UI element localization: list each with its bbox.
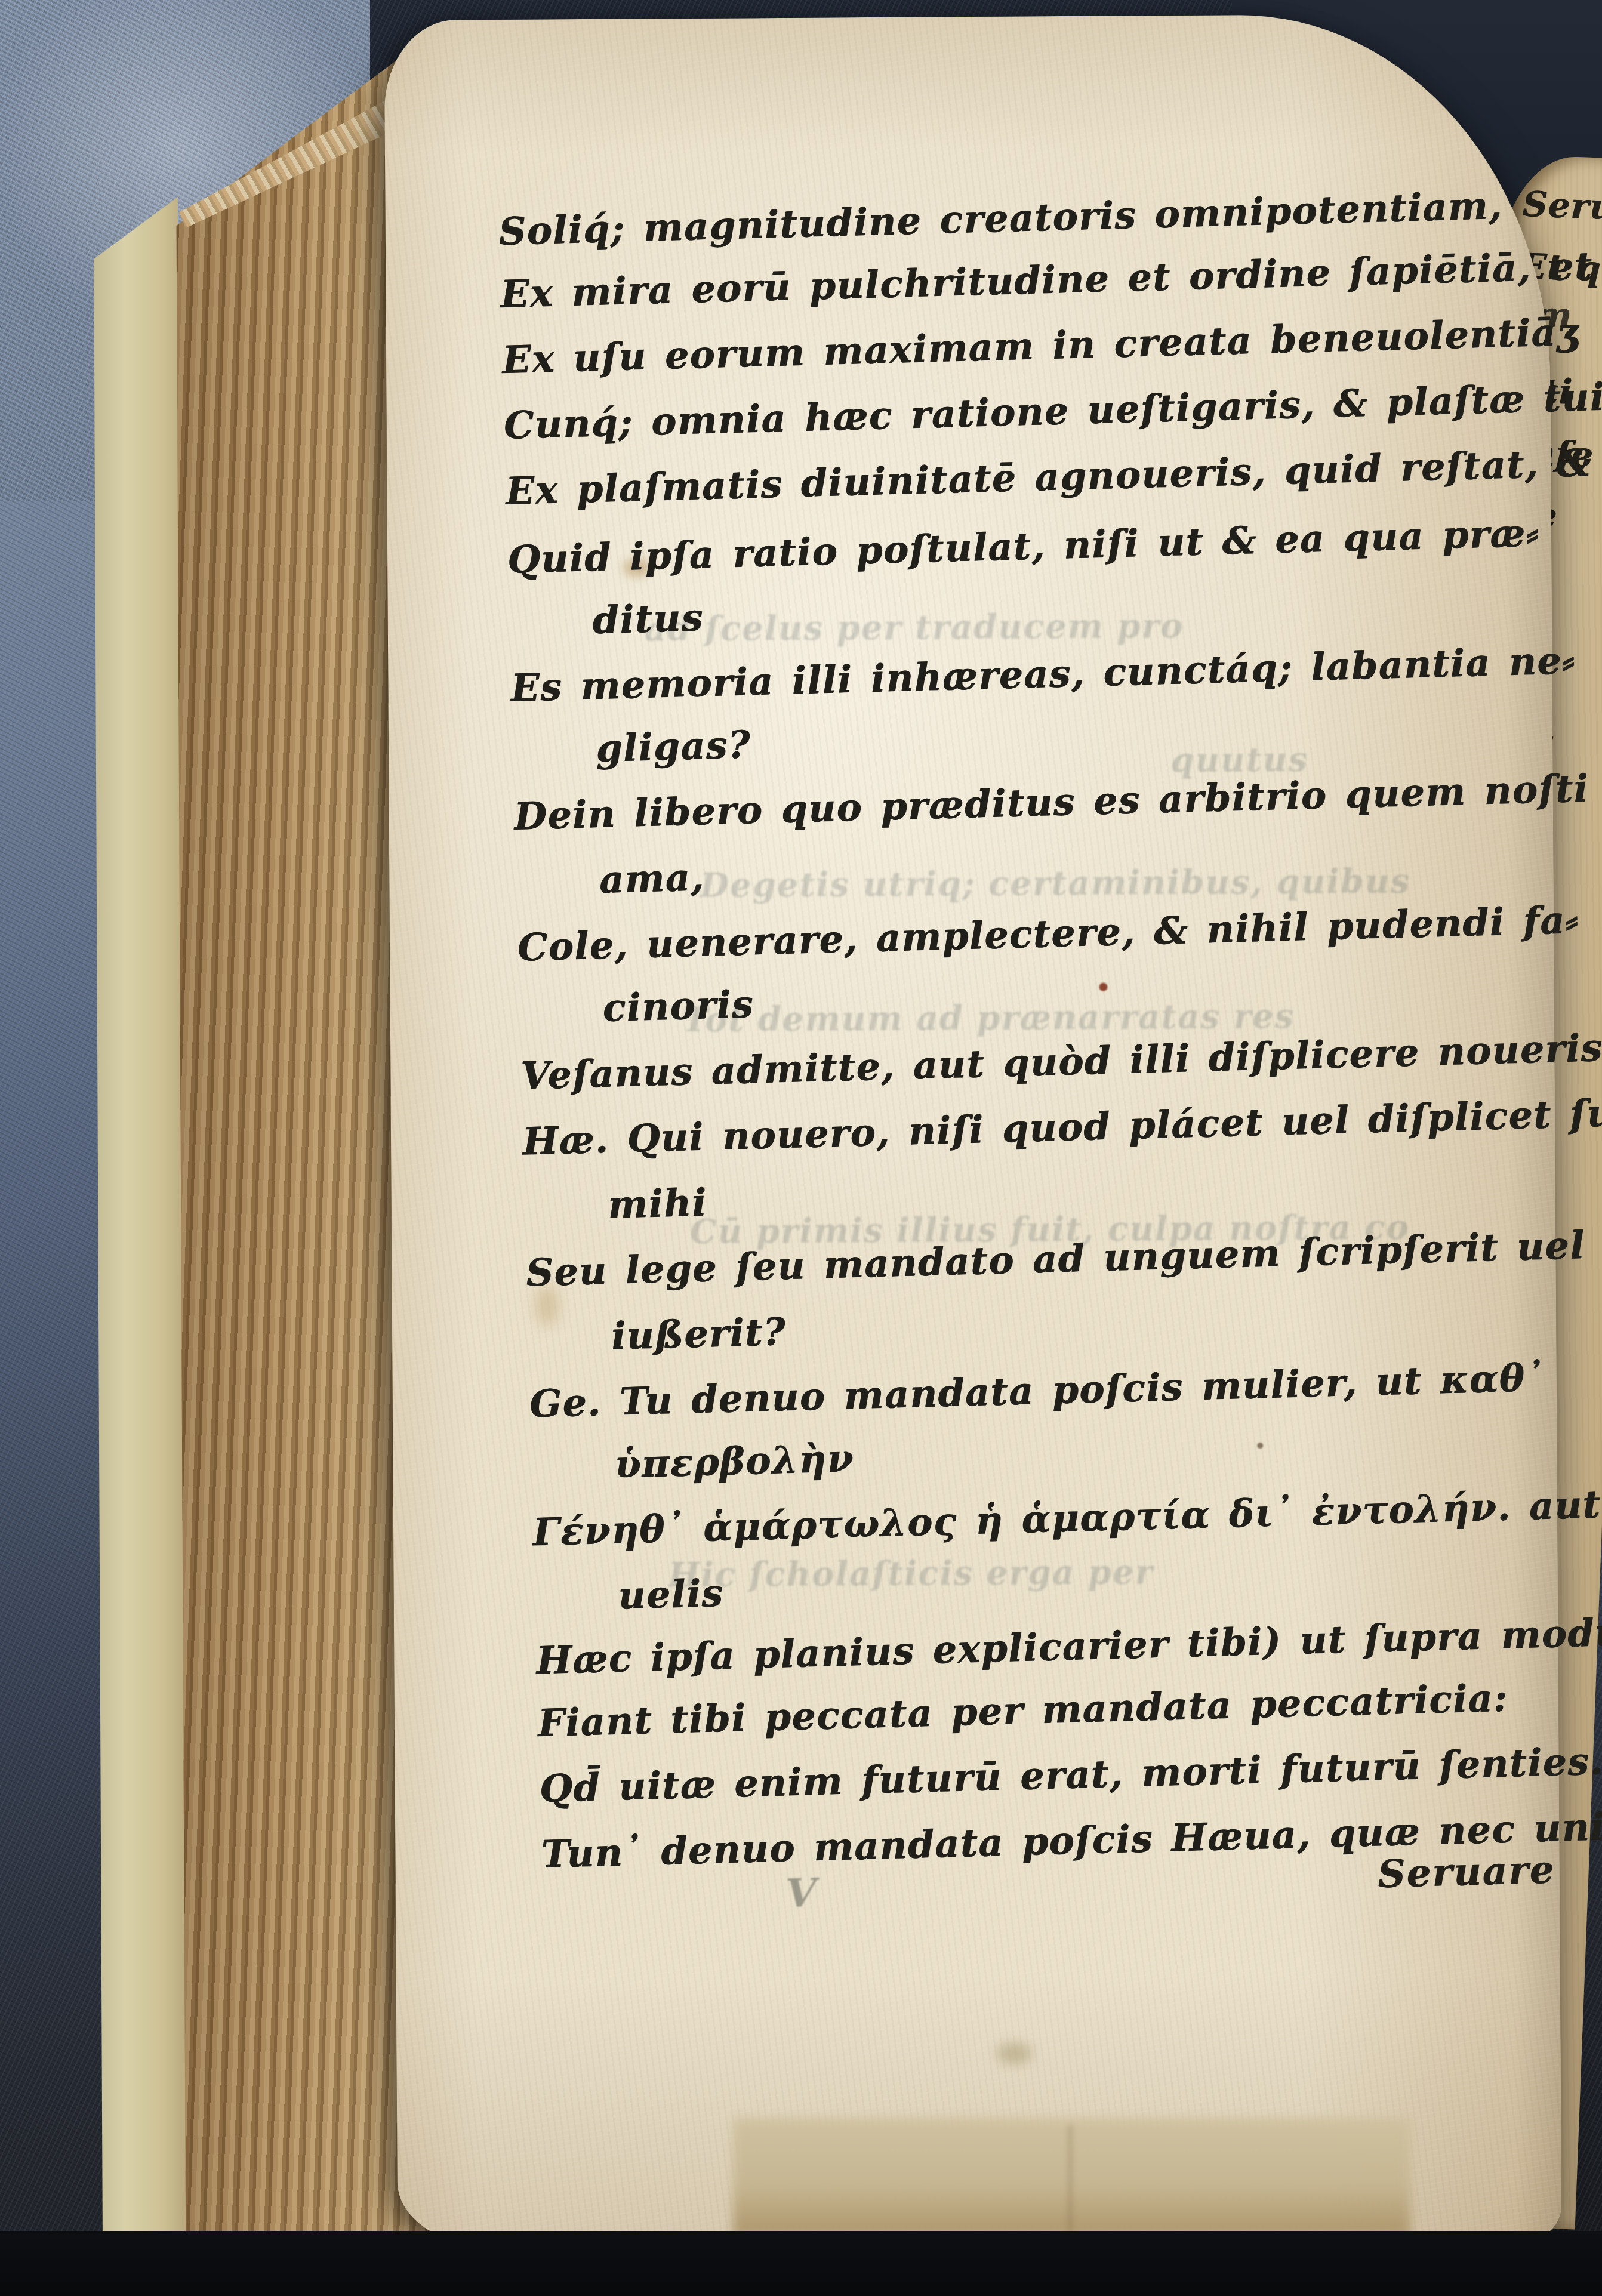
verse-line: Hæc ipſa planius explicarier tibi) ut ſu…: [535, 1610, 1602, 1682]
verse-line: Ex plaſmatis diuinitatē agnoueris, quid …: [505, 440, 1592, 513]
verse-line: Quid ipſa ratio poſtulat, niſi ut & ea q…: [507, 510, 1540, 582]
verse-line: Es memoria illi inhæreas, cunctáq; laban…: [510, 638, 1576, 711]
verse-line: Seu lege ſeu mandato ad unguem ſcripſeri…: [525, 1223, 1585, 1295]
verse-line-continuation: ditus: [592, 595, 704, 642]
verse-line: Veſanus admitte, aut quòd illi diſplicer…: [520, 1025, 1602, 1098]
verse-line-continuation: uelis: [618, 1571, 725, 1618]
verse-line: Dein libero quo præditus es arbitrio que…: [513, 766, 1589, 838]
verse-line-continuation: mihi: [607, 1180, 707, 1226]
book-page: ad ſcelus per traducem pro quutus Degeti…: [384, 13, 1562, 2248]
signature-mark: V: [785, 1869, 817, 1916]
greek-line-continuation: ὑπερβολὴν: [614, 1436, 855, 1486]
verse-line: Soliq́; magnitudine creatoris omnipotent…: [498, 183, 1504, 254]
verse-line: Ex mira eorū pulchritudine et ordine ſap…: [500, 244, 1593, 316]
verse-line: Cunq́; omnia hæc ratione ueſtigaris, & p…: [503, 374, 1602, 447]
verse-line-with-speaker: Hæ. Qui nouero, niſi quod plácet uel diſ…: [522, 1090, 1602, 1163]
verse-line: Qd̄ uitæ enim futurū erat, morti futurū …: [539, 1739, 1602, 1811]
text-block: Soliq́; magnitudine creatoris omnipotent…: [380, 0, 1601, 2249]
greek-verse-line: Γένηθ᾽ ἁμάρτωλος ἡ ἁμαρτία δι᾽ ἐντολήν. …: [532, 1481, 1602, 1554]
catchword: Seruare: [1377, 1847, 1555, 1897]
verse-line-continuation: gligas?: [595, 722, 751, 771]
verse-line: Fiant tibi peccata per mandata peccatric…: [537, 1675, 1508, 1745]
photo-canvas: Seru Et q m Eti Inſe Ve pr Ad Gr Ho N D …: [0, 0, 1602, 2296]
verse-line: Ex uſu eorum maximam in creata beneuolen…: [501, 310, 1579, 382]
verse-line: Cole, uenerare, amplectere, & nihil pude…: [517, 898, 1579, 970]
verse-line-continuation: cinoris: [602, 982, 754, 1030]
verse-line-with-speaker: Ge. Tu denuo mandata poſcis mulier, ut κ…: [529, 1355, 1545, 1426]
blurred-patch-seam: [1068, 2125, 1072, 2232]
verse-line-continuation: ama,: [599, 855, 705, 902]
bottom-shadow-band: [0, 2231, 1602, 2296]
verse-line-continuation: iußerit?: [611, 1309, 787, 1358]
